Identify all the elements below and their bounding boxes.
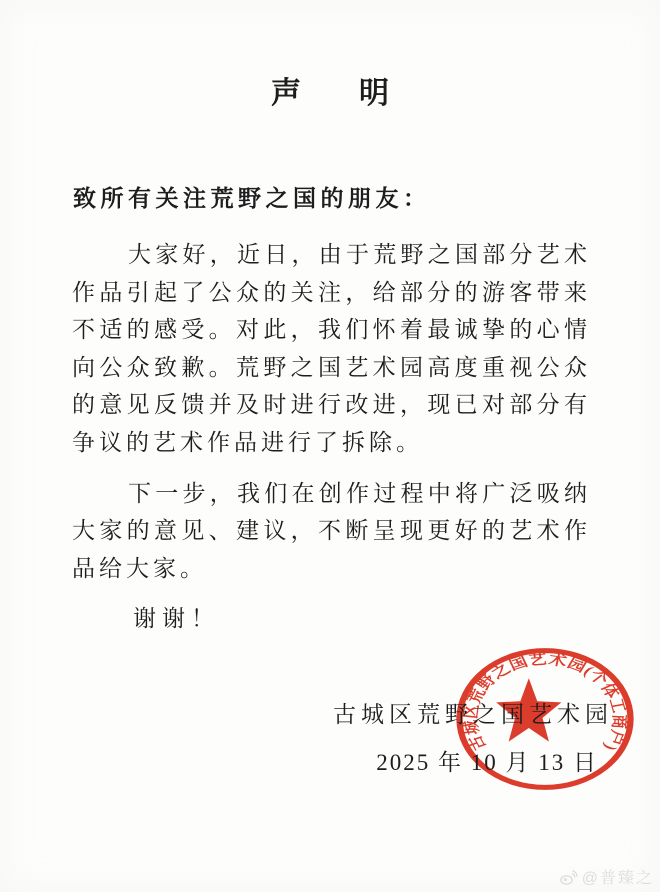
closing-thanks: 谢谢！ xyxy=(133,600,660,637)
salutation-line: 致所有关注荒野之国的朋友： xyxy=(73,182,660,216)
page-title: 声 明 xyxy=(0,0,660,112)
weibo-icon xyxy=(560,869,578,885)
statement-document: 声 明 致所有关注荒野之国的朋友： 大家好，近日，由于荒野之国部分艺术作品引起了… xyxy=(0,0,660,892)
signature-date: 2025 年 10 月 13 日 xyxy=(0,748,660,778)
signature-block: 古城区荒野之国艺术园 2025 年 10 月 13 日 xyxy=(0,700,660,778)
body-paragraph-1: 大家好，近日，由于荒野之国部分艺术作品引起了公众的关注，给部分的游客带来不适的感… xyxy=(72,236,591,462)
body-paragraph-2: 下一步，我们在创作过程中将广泛吸纳大家的意见、建议，不断呈现更好的艺术作品给大家… xyxy=(72,475,591,588)
watermark-text: @普臻之 xyxy=(582,865,654,888)
photo-watermark: @普臻之 xyxy=(560,865,654,888)
signature-org-name: 古城区荒野之国艺术园 xyxy=(0,700,660,730)
